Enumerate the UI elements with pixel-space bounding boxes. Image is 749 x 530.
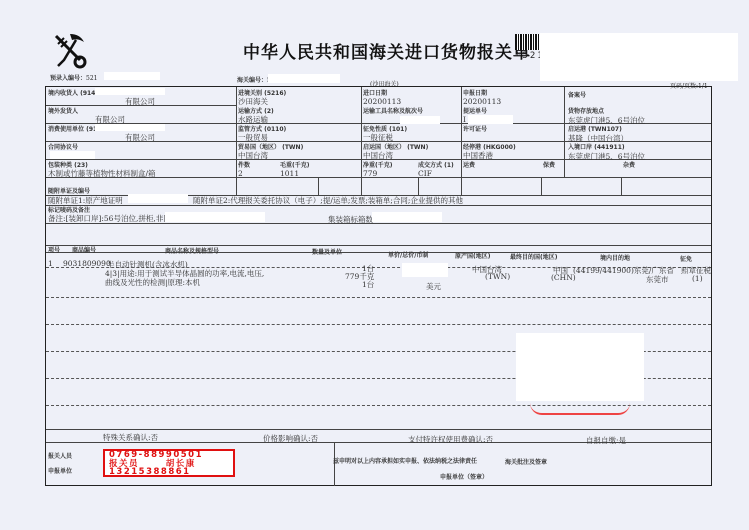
- preentry-number: 预录入编号：521: [50, 73, 97, 82]
- departure-port-label: 启运港 (TWN107): [568, 124, 622, 133]
- stamp-mobile: 13215388861: [109, 468, 233, 477]
- vessel-label: 运输工具名称及航次号: [363, 106, 423, 115]
- redaction-block: [268, 74, 340, 83]
- document-title: 中华人民共和国海关进口货物报关单: [243, 38, 531, 63]
- gross-weight-label: 毛重(千克): [280, 160, 310, 169]
- quantity-3: 1台: [362, 279, 374, 290]
- broker-label: 报关人员: [48, 451, 72, 460]
- col-name: 商品名称及规格型号: [165, 246, 219, 255]
- consumer-unit-value: 有限公司: [125, 132, 155, 143]
- redaction-block: [372, 212, 442, 222]
- col-domestic-dest: 境内目的地: [600, 253, 630, 262]
- import-date-label: 进口日期: [363, 88, 387, 97]
- redaction-block: [468, 115, 513, 124]
- goods-spec-2: 曲线及光性的检测|原理:本机: [105, 277, 200, 288]
- currency: 美元: [426, 281, 441, 292]
- insurance-label: 保费: [543, 160, 555, 169]
- net-weight-label: 净重(千克): [363, 160, 393, 169]
- consignee-value: 有限公司: [125, 96, 155, 107]
- price-influence-confirm: 价格影响确认:否: [263, 433, 318, 444]
- redaction-block: [516, 333, 644, 401]
- overseas-consignor-label: 境外发货人: [48, 106, 78, 115]
- col-destination: 最终目的国(地区): [510, 252, 558, 261]
- redaction-block: [400, 116, 440, 124]
- declarant-label: 申报单位: [48, 466, 72, 475]
- col-levy: 征免: [680, 254, 692, 263]
- redaction-block: [128, 194, 188, 203]
- col-item-no: 项号: [48, 245, 60, 254]
- seal-fragment: [530, 403, 630, 415]
- document-2: 随附单证2:代理报关委托协议（电子）;提/运单;发票;装箱单;合同;企业提供的其…: [193, 195, 463, 206]
- transaction-mode-label: 成交方式 (1): [418, 160, 454, 169]
- domestic-destination-2: 东莞市: [646, 274, 669, 285]
- entry-point-label: 入境口岸 (441911): [568, 142, 625, 151]
- redaction-block: [95, 88, 165, 95]
- declare-date-label: 申报日期: [463, 88, 487, 97]
- item-no: 1: [48, 259, 53, 268]
- net-weight-value: 779: [363, 169, 377, 178]
- customs-emblem-icon: [50, 30, 90, 70]
- redaction-block: [50, 151, 95, 159]
- redaction-block: [95, 124, 165, 131]
- redaction-block: [165, 212, 265, 222]
- royalty-confirm: 支付特许权使用费确认:否: [408, 434, 493, 445]
- special-relation-confirm: 特殊关系确认:否: [103, 432, 158, 443]
- self-report-confirm: 自报自缴:是: [586, 435, 626, 446]
- freight-label: 运费: [463, 160, 475, 169]
- container-label: 集装箱标箱数: [328, 214, 373, 225]
- col-quantity: 数量及单位: [312, 247, 342, 256]
- package-type-value: 木制或竹藤等植物性材料制盒/箱: [48, 168, 156, 179]
- import-date-value: 20200113: [363, 97, 401, 106]
- record-no-label: 备案号: [568, 90, 586, 99]
- documents-label: 随附单证及编号: [48, 186, 90, 195]
- barcode-icon: [515, 34, 543, 50]
- pieces-label: 件数: [238, 160, 250, 169]
- consignee-label: 境内收货人 (9144: [48, 88, 100, 97]
- redaction-block: [402, 263, 448, 277]
- bill-of-lading-label: 提运单号: [463, 106, 487, 115]
- license-no-label: 许可证号: [463, 124, 487, 133]
- storage-place-label: 货物存放地点: [568, 106, 604, 115]
- misc-fee-label: 杂费: [623, 160, 635, 169]
- transaction-mode-value: CIF: [418, 169, 432, 178]
- broker-stamp: 0769-88990501 报关员 胡长康 13215388861: [103, 449, 235, 477]
- customs-seal: 海关批注及签章: [505, 457, 547, 466]
- col-hs-code: 商品编号: [72, 245, 96, 254]
- declaration-statement: 兹申明对以上内容承担如实申报、依法纳税之法律责任: [333, 456, 477, 465]
- hs-code: 9031809090: [63, 259, 111, 268]
- pieces-value: 2: [238, 169, 243, 178]
- destination-code: (CHN): [551, 273, 576, 282]
- bill-of-lading-value: I: [463, 115, 466, 124]
- col-origin: 原产国(地区): [455, 251, 491, 260]
- levy-code: (1): [692, 274, 703, 283]
- contract-no-label: 合同协议号: [48, 142, 78, 151]
- declare-date-value: 20200113: [463, 97, 501, 106]
- origin-code: (TWN): [485, 272, 510, 281]
- col-price: 单价/总价/币制: [388, 250, 428, 259]
- redaction-block: [104, 72, 160, 80]
- declarant-seal: 申报单位（签章）: [440, 472, 488, 481]
- gross-weight-value: 1011: [280, 169, 299, 178]
- redaction-block: [540, 33, 738, 81]
